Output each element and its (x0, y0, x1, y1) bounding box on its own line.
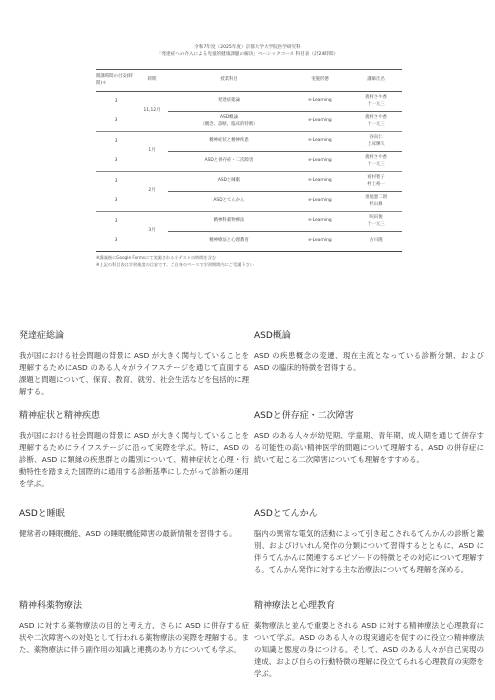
section-body: 薬物療法と並んで重要とされる ASD に対する精神療法と心理教育について学ぶ。A… (254, 620, 484, 680)
section-asd-epilepsy: ASDとてんかん 脳内の異常な電気的活動によって引き起こされるてんかんの診断と鑑… (254, 508, 484, 576)
subject-cell: ASDと併存症・二次障害 (168, 152, 290, 172)
hours-cell: 3 (96, 132, 136, 152)
format-cell: e-Learning (290, 132, 350, 152)
lecturer-cell: 叫田俊十一元三 (350, 212, 402, 232)
period-cell: 2月 (136, 172, 168, 212)
section-development-overview: 発達症総論 我が国における社会問題の背景に ASD が大きく関与していることを理… (19, 330, 249, 398)
section-psychotherapy: 精神療法と心理教育 薬物療法と並んで重要とされる ASD に対する精神療法と心理… (254, 600, 484, 680)
format-cell: e-Learning (290, 152, 350, 172)
subject-cell: ASD概論（概念、診断、臨床的特徴） (168, 112, 290, 132)
table-row: 3 2月 ASDと睡眠 e-Learning 看村智子村上裕一 (96, 172, 402, 192)
hours-cell: 3 (96, 192, 136, 212)
header-period: 時期 (136, 70, 168, 92)
subject-cell: ASDとてんかん (168, 192, 290, 212)
format-cell: e-Learning (290, 192, 350, 212)
table-header-row: 開講時間の目安(時間)＊ 時期 授業科目 実施形態 講師氏名 (96, 70, 402, 92)
subject-cell: 精神科薬物療法 (168, 212, 290, 232)
section-title: 発達症総論 (19, 330, 249, 342)
section-title: 精神症状と精神疾患 (19, 410, 249, 422)
note-1: ※講義後にGoogle Formsにて実施される小テストの時間を含む (96, 254, 254, 261)
schedule-table: 開講時間の目安(時間)＊ 時期 授業科目 実施形態 講師氏名 3 11,12月 … (96, 69, 402, 252)
table-row: 3 11,12月 発達症総論 e-Learning 義村さや香十一元三 (96, 92, 402, 112)
lecturer-cell: 義村さや香十一元三 (350, 92, 402, 112)
section-title: ASD概論 (254, 330, 484, 342)
schedule-subtitle: 「発達症への介入による児童的健康課題の解決」ベーシックコース 科目表（計24時間… (0, 51, 495, 58)
lecturer-cell: 須尾憲二朗杉山修 (350, 192, 402, 212)
lecturer-cell: 義村さや香十一元三 (350, 112, 402, 132)
section-pharmacotherapy: 精神科薬物療法 ASD に対する薬物療法の目的と考え方、さらに ASD に併存す… (19, 600, 249, 656)
format-cell: e-Learning (290, 232, 350, 252)
period-cell: 3月 (136, 212, 168, 252)
section-title: ASDとてんかん (254, 508, 484, 520)
section-asd-overview: ASD概論 ASD の疾患概念の変遷、現在主流となっている診断分類、および AS… (254, 330, 484, 374)
schedule-title: 令和7年度（2025年度）京都大学大学院医学研究科 (0, 44, 495, 51)
section-body: ASD の疾患概念の変遷、現在主流となっている診断分類、および ASD の臨床的… (254, 350, 484, 374)
hours-cell: 3 (96, 92, 136, 112)
header-lecturer: 講師氏名 (350, 70, 402, 92)
table-row: 3 3月 精神科薬物療法 e-Learning 叫田俊十一元三 (96, 212, 402, 232)
hours-cell: 3 (96, 172, 136, 192)
section-body: 我が国における社会問題の背景に ASD が大きく関与していることを理解するために… (19, 430, 249, 490)
header-format: 実施形態 (290, 70, 350, 92)
section-body: 脳内の異常な電気的活動によって引き起こされるてんかんの診断と鑑別、およびけいれん… (254, 528, 484, 576)
lecturer-cell: 看村智子村上裕一 (350, 172, 402, 192)
note-2: ※上記の科目表は学習進度の目安です。ご自身のペースで学習期間内にご受講下さい (96, 261, 254, 268)
subject-cell: 精神症状と精神疾患 (168, 132, 290, 152)
format-cell: e-Learning (290, 112, 350, 132)
lecturer-cell: 古川隆 (350, 232, 402, 252)
section-asd-comorbidity: ASDと併存症・二次障害 ASD のある人々が幼児期、学童期、青年期、成人期を通… (254, 410, 484, 466)
section-title: 精神療法と心理教育 (254, 600, 484, 612)
format-cell: e-Learning (290, 212, 350, 232)
lecturer-cell: 義村さや香十一元三 (350, 152, 402, 172)
section-title: ASDと睡眠 (19, 508, 249, 520)
section-psychiatric-symptoms: 精神症状と精神疾患 我が国における社会問題の背景に ASD が大きく関与している… (19, 410, 249, 490)
hours-cell: 3 (96, 112, 136, 132)
period-cell: 1月 (136, 132, 168, 172)
hours-cell: 3 (96, 212, 136, 232)
section-body: ASD のある人々が幼児期、学童期、青年期、成人期を通じて併存する可能性の高い精… (254, 430, 484, 466)
subject-cell: 精神療法と心理教育 (168, 232, 290, 252)
period-cell: 11,12月 (136, 92, 168, 132)
hours-cell: 3 (96, 232, 136, 252)
lecturer-cell: 谷向仁上床輝久 (350, 132, 402, 152)
section-title: 精神科薬物療法 (19, 600, 249, 612)
hours-cell: 3 (96, 152, 136, 172)
subject-cell: 発達症総論 (168, 92, 290, 112)
section-body: ASD に対する薬物療法の目的と考え方、さらに ASD に併存する症状や二次障害… (19, 620, 249, 656)
format-cell: e-Learning (290, 172, 350, 192)
schedule-notes: ※講義後にGoogle Formsにて実施される小テストの時間を含む ※上記の科… (96, 254, 254, 268)
table-row: 3 1月 精神症状と精神疾患 e-Learning 谷向仁上床輝久 (96, 132, 402, 152)
section-body: 我が国における社会問題の背景に ASD が大きく関与していることを理解するために… (19, 350, 249, 398)
format-cell: e-Learning (290, 92, 350, 112)
section-title: ASDと併存症・二次障害 (254, 410, 484, 422)
section-asd-sleep: ASDと睡眠 健常者の睡眠機能、ASD の睡眠機能障害の最新情報を習得する。 (19, 508, 249, 540)
header-hours: 開講時間の目安(時間)＊ (96, 70, 136, 92)
section-body: 健常者の睡眠機能、ASD の睡眠機能障害の最新情報を習得する。 (19, 528, 249, 540)
subject-cell: ASDと睡眠 (168, 172, 290, 192)
header-subject: 授業科目 (168, 70, 290, 92)
schedule-document: 令和7年度（2025年度）京都大学大学院医学研究科 「発達症への介入による児童的… (0, 0, 495, 290)
